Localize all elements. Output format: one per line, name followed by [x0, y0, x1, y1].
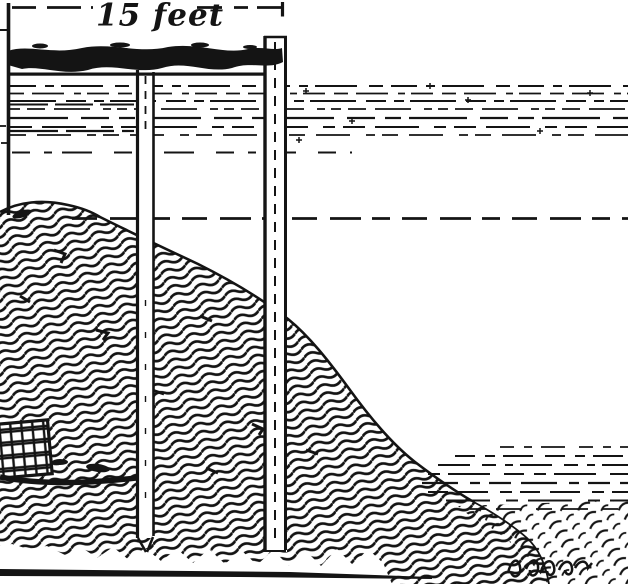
- dimension-label: 15 feet: [96, 0, 224, 34]
- cap-beam-roughness: [32, 44, 48, 49]
- dike-cross-section-figure: 15 feet: [0, 0, 628, 584]
- middle-pile: [137, 70, 154, 552]
- crib-shadow-blob: [52, 459, 68, 465]
- cap-beam-roughness: [110, 43, 130, 48]
- crib-grid: [0, 420, 52, 479]
- engraving-canvas: 15 feet: [0, 0, 628, 584]
- cap-beam-roughness: [243, 45, 257, 49]
- right-pile: [264, 36, 288, 552]
- cap-beam-underline: [8, 73, 264, 76]
- cap-beam-roughness: [191, 43, 209, 48]
